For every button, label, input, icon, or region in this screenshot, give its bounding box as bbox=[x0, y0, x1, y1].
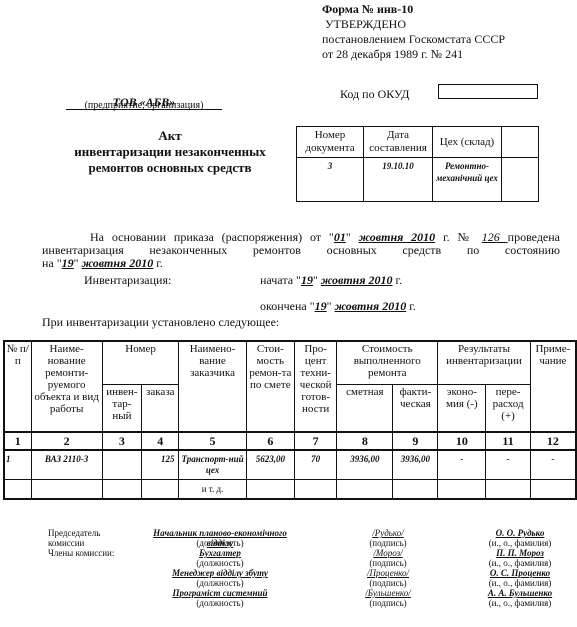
table-cell bbox=[486, 480, 530, 500]
basis-paragraph: На основании приказа (распоряжения) от "… bbox=[42, 231, 560, 270]
table-cell: - bbox=[438, 450, 486, 480]
text: " bbox=[74, 256, 82, 270]
text: начата " bbox=[260, 273, 301, 287]
table-cell: Транспорт-ний цех bbox=[179, 450, 246, 480]
signatory-position: Програміст системний bbox=[140, 588, 300, 598]
col-estimate-cost-header: Стои-мость ремон-та по смете bbox=[246, 341, 295, 432]
inventory-label: Инвентаризация: bbox=[84, 273, 171, 288]
header-empty bbox=[502, 127, 539, 158]
column-number: 9 bbox=[393, 432, 438, 450]
name-caption: (и., о., фамилия) bbox=[470, 558, 570, 568]
approved-label: УТВЕРЖДЕНО bbox=[322, 17, 505, 32]
state-day: 19 bbox=[62, 256, 74, 270]
chairman-label-1: Председатель bbox=[48, 528, 114, 538]
members-label: Члены комиссии: bbox=[48, 548, 114, 558]
approved-date: от 28 декабря 1989 г. № 241 bbox=[322, 47, 505, 62]
col-overrun-header: пере-расход (+) bbox=[486, 385, 530, 433]
workshop-value: Ремонтно-механічний цех bbox=[433, 158, 502, 202]
table-cell: 3936,00 bbox=[337, 450, 393, 480]
table-cell: 1 bbox=[4, 450, 31, 480]
signatory-position: Бухгалтер bbox=[140, 548, 300, 558]
table-cell bbox=[4, 480, 31, 500]
end-month-year: жовтня 2010 bbox=[335, 299, 407, 313]
column-number: 5 bbox=[179, 432, 246, 450]
text: г. bbox=[153, 256, 163, 270]
start-month-year: жовтня 2010 bbox=[321, 273, 393, 287]
end-day: 19 bbox=[315, 299, 327, 313]
table-cell: - bbox=[530, 450, 576, 480]
result-intro: При инвентаризации установлено следующее… bbox=[42, 315, 279, 330]
col-num-header: № п/п bbox=[4, 341, 31, 432]
position-caption: (должность) bbox=[140, 538, 300, 548]
table-cell bbox=[438, 480, 486, 500]
signature-caption: (подпись) bbox=[358, 598, 418, 608]
inventory-end: окончена "19" жовтня 2010 г. bbox=[260, 299, 416, 314]
text: На основании приказа (распоряжения) от " bbox=[90, 230, 334, 244]
empty-value bbox=[502, 158, 539, 202]
column-number: 10 bbox=[438, 432, 486, 450]
col-estimated-header: сметная bbox=[337, 385, 393, 433]
chairman-label: Председатель комиссии Члены комиссии: bbox=[48, 528, 114, 558]
text: " bbox=[346, 230, 359, 244]
col-saving-header: эконо-мия (-) bbox=[438, 385, 486, 433]
form-header: Форма № инв-10 УТВЕРЖДЕНО постановлением… bbox=[322, 2, 505, 62]
text: " bbox=[327, 299, 335, 313]
title-line-2: инвентаризации незаконченных bbox=[50, 144, 290, 160]
order-day: 01 bbox=[334, 230, 346, 244]
signatory-signature: /Бульшенко/ bbox=[358, 588, 418, 598]
document-info-table: Номер документа Дата составления Цех (ск… bbox=[296, 126, 539, 202]
text: г. bbox=[406, 299, 416, 313]
column-number: 12 bbox=[530, 432, 576, 450]
doc-number-value: 3 bbox=[297, 158, 364, 202]
column-number: 1 bbox=[4, 432, 31, 450]
title-line-3: ремонтов основных средств bbox=[50, 160, 290, 176]
table-cell bbox=[337, 480, 393, 500]
chairman-label-2: комиссии bbox=[48, 538, 114, 548]
position-caption: (должность) bbox=[140, 558, 300, 568]
col-order-no-header: заказа bbox=[142, 385, 179, 433]
name-caption: (и., о., фамилия) bbox=[470, 598, 570, 608]
table-cell: 70 bbox=[295, 450, 337, 480]
text: на " bbox=[42, 256, 62, 270]
signature-caption: (подпись) bbox=[358, 558, 418, 568]
signatory-signature: /Мороз/ bbox=[358, 548, 418, 558]
table-row: и т. д. bbox=[4, 480, 576, 500]
col-number-group-header: Номер bbox=[102, 341, 179, 385]
table-cell: и т. д. bbox=[179, 480, 246, 500]
doc-date-value: 19.10.10 bbox=[364, 158, 433, 202]
table-cell bbox=[295, 480, 337, 500]
position-caption: (должность) bbox=[140, 598, 300, 608]
text: " bbox=[313, 273, 321, 287]
name-caption: (и., о., фамилия) bbox=[470, 578, 570, 588]
col-object-header: Наиме-нование ремонти-руемого объекта и … bbox=[31, 341, 102, 432]
name-caption: (и., о., фамилия) bbox=[470, 538, 570, 548]
signatory-name: О. С. Проценко bbox=[470, 568, 570, 578]
text: г. № bbox=[435, 230, 482, 244]
form-number: Форма № инв-10 bbox=[322, 2, 505, 17]
document-title: Акт инвентаризации незаконченных ремонто… bbox=[50, 128, 290, 176]
table-cell bbox=[393, 480, 438, 500]
table-cell bbox=[142, 480, 179, 500]
state-month-year: жовтня 2010 bbox=[82, 256, 154, 270]
column-number: 7 bbox=[295, 432, 337, 450]
order-number: 126 bbox=[482, 230, 508, 244]
signature-caption: (подпись) bbox=[358, 578, 418, 588]
col-readiness-header: Про-цент техни-ческой готов-ности bbox=[295, 341, 337, 432]
table-cell bbox=[246, 480, 295, 500]
col-inventory-no-header: инвен-тар-ный bbox=[102, 385, 141, 433]
table-cell bbox=[530, 480, 576, 500]
position-caption: (должность) bbox=[140, 578, 300, 588]
inventory-table: № п/п Наиме-нование ремонти-руемого объе… bbox=[3, 340, 577, 500]
column-number: 11 bbox=[486, 432, 530, 450]
column-number: 6 bbox=[246, 432, 295, 450]
approved-by: постановлением Госкомстата СССР bbox=[322, 32, 505, 47]
header-workshop: Цех (склад) bbox=[433, 127, 502, 158]
column-number: 8 bbox=[337, 432, 393, 450]
col-customer-header: Наимено-вание заказчика bbox=[179, 341, 246, 432]
okud-label: Код по ОКУД bbox=[340, 87, 410, 102]
text: проведена bbox=[508, 230, 560, 244]
table-cell: 3936,00 bbox=[393, 450, 438, 480]
title-line-1: Акт bbox=[50, 128, 290, 144]
col-actual-header: факти-ческая bbox=[393, 385, 438, 433]
signatory-name: А. А. Бульшенко bbox=[470, 588, 570, 598]
table-cell: ВАЗ 2110-3 bbox=[31, 450, 102, 480]
header-doc-date: Дата составления bbox=[364, 127, 433, 158]
col-note-header: Приме-чание bbox=[530, 341, 576, 432]
inventory-start: начата "19" жовтня 2010 г. bbox=[260, 273, 402, 288]
table-cell bbox=[102, 480, 141, 500]
signatory-name: П. П. Мороз bbox=[470, 548, 570, 558]
signatory-position: Менеджер відділу збуту bbox=[140, 568, 300, 578]
column-number: 3 bbox=[102, 432, 141, 450]
table-row: 1ВАЗ 2110-3125Транспорт-ний цех5623,0070… bbox=[4, 450, 576, 480]
text: г. bbox=[393, 273, 403, 287]
col-results-group-header: Результаты инвентаризации bbox=[438, 341, 530, 385]
text: окончена " bbox=[260, 299, 315, 313]
column-number: 2 bbox=[31, 432, 102, 450]
organization-caption: (предприятие, организация) bbox=[66, 100, 222, 111]
column-numbers-row: 123456789101112 bbox=[4, 432, 576, 450]
start-day: 19 bbox=[301, 273, 313, 287]
table-cell bbox=[102, 450, 141, 480]
signatory-signature: /Проценко/ bbox=[358, 568, 418, 578]
table-cell bbox=[31, 480, 102, 500]
table-cell: 5623,00 bbox=[246, 450, 295, 480]
column-number: 4 bbox=[142, 432, 179, 450]
header-doc-number: Номер документа bbox=[297, 127, 364, 158]
table-cell: - bbox=[486, 450, 530, 480]
signatory-name: О. О. Рудько bbox=[470, 528, 570, 538]
signatory-signature: /Рудько/ bbox=[358, 528, 418, 538]
col-done-group-header: Стоимость выполненного ремонта bbox=[337, 341, 438, 385]
table-cell: 125 bbox=[142, 450, 179, 480]
signature-caption: (подпись) bbox=[358, 538, 418, 548]
order-month-year: жовтня 2010 bbox=[359, 230, 436, 244]
okud-field[interactable] bbox=[438, 84, 538, 99]
